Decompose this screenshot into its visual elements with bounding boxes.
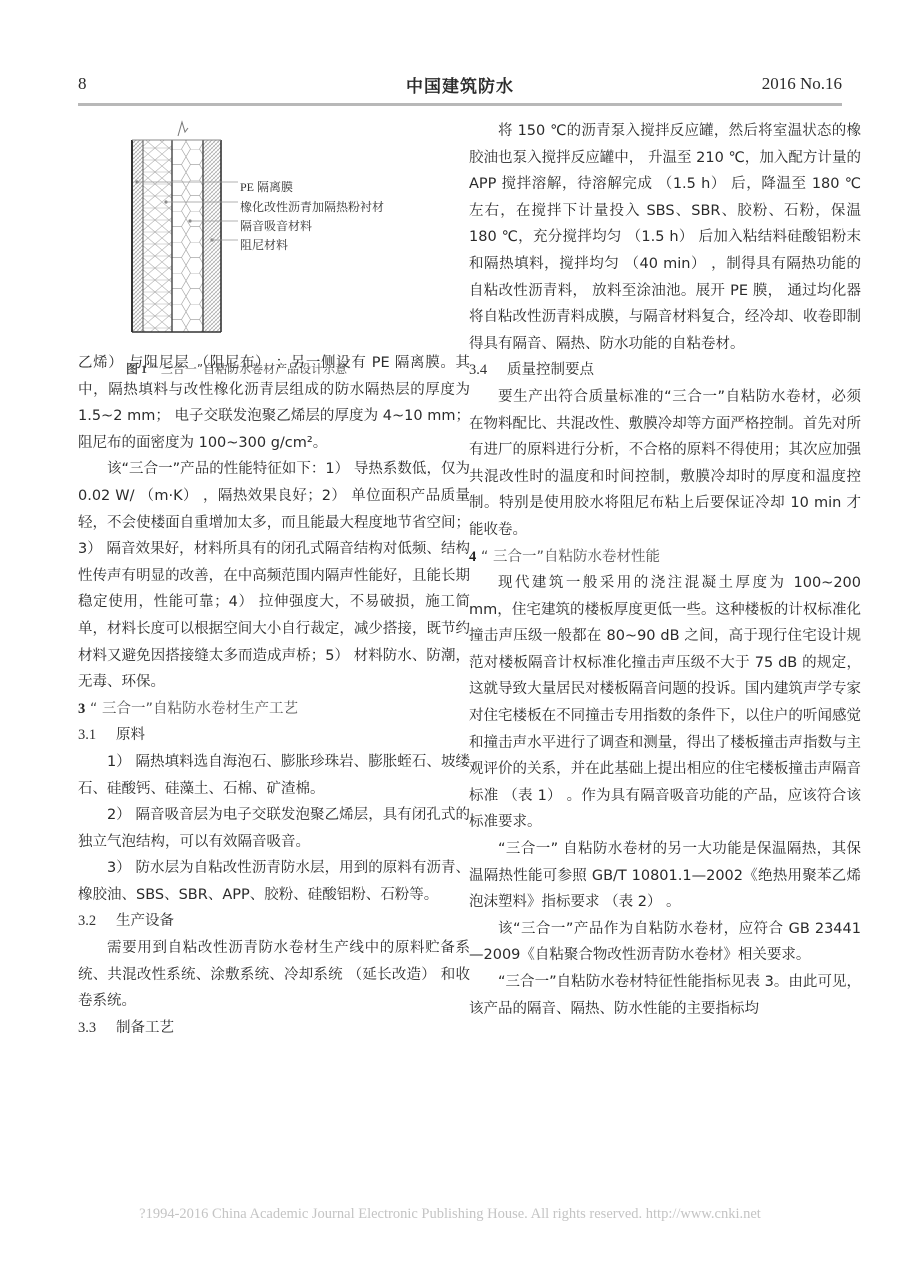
journal-title: 中国建筑防水	[78, 72, 842, 97]
figure-1: PE 隔离膜 橡化改性沥青加隔热粉衬材 隔音吸音材料 阻尼材料 图 1 “ 三合…	[78, 118, 470, 350]
subsection-heading-3-2: 3.2生产设备	[78, 908, 470, 935]
subsection-heading-3-4: 3.4质量控制要点	[469, 357, 861, 384]
left-column: PE 隔离膜 橡化改性沥青加隔热粉衬材 隔音吸音材料 阻尼材料 图 1 “ 三合…	[78, 118, 470, 1041]
issue-number: 2016 No.16	[762, 74, 842, 94]
figure-caption: 图 1 “ 三合一”自粘防水卷材产品设计示意	[126, 356, 347, 383]
page-header: 8 中国建筑防水 2016 No.16	[78, 70, 842, 100]
paragraph: 将 150 ℃的沥青泵入搅拌反应罐，然后将室温状态的橡胶油也泵入搅拌反应罐中， …	[469, 118, 861, 357]
subsection-heading-3-1: 3.1原料	[78, 722, 470, 749]
paragraph: 2） 隔音吸音层为电子交联发泡聚乙烯层，具有闭孔式的独立气泡结构，可以有效隔音吸…	[78, 802, 470, 855]
figure-label-damping-layer: 阻尼材料	[240, 232, 288, 259]
copyright-footer: ?1994-2016 China Academic Journal Electr…	[0, 1206, 900, 1223]
section-heading-3: 3 “ 三合一”自粘防水卷材生产工艺	[78, 696, 470, 723]
paragraph: 1） 隔热填料选自海泡石、膨胀珍珠岩、膨胀蛭石、坡缕石、硅酸钙、硅藻土、石棉、矿…	[78, 749, 470, 802]
header-rule	[78, 103, 842, 106]
paragraph: 要生产出符合质量标准的“三合一”自粘防水卷材，必须在物料配比、共混改性、敷膜冷却…	[469, 384, 861, 544]
subsection-heading-3-3: 3.3制备工艺	[78, 1015, 470, 1042]
paragraph: 该“三合一”产品作为自粘防水卷材，应符合 GB 23441—2009《自粘聚合物…	[469, 916, 861, 969]
paragraph: 3） 防水层为自粘改性沥青防水层，用到的原料有沥青、橡胶油、SBS、SBR、AP…	[78, 855, 470, 908]
paragraph: “三合一” 自粘防水卷材的另一大功能是保温隔热，其保温隔热性能可参照 GB/T …	[469, 836, 861, 916]
paragraph: “三合一”自粘防水卷材特征性能指标见表 3。由此可见，该产品的隔音、隔热、防水性…	[469, 969, 861, 1022]
right-column: 将 150 ℃的沥青泵入搅拌反应罐，然后将室温状态的橡胶油也泵入搅拌反应罐中， …	[469, 118, 861, 1022]
paragraph: 需要用到自粘改性沥青防水卷材生产线中的原料贮备系统、共混改性系统、涂敷系统、冷却…	[78, 935, 470, 1015]
paragraph: 现代建筑一般采用的浇注混凝土厚度为 100~200 mm，住宅建筑的楼板厚度更低…	[469, 570, 861, 836]
paragraph: 该“三合一”产品的性能特征如下：1） 导热系数低，仅为 0.02 W/ （m·K…	[78, 456, 470, 695]
section-heading-4: 4 “ 三合一”自粘防水卷材性能	[469, 544, 861, 571]
